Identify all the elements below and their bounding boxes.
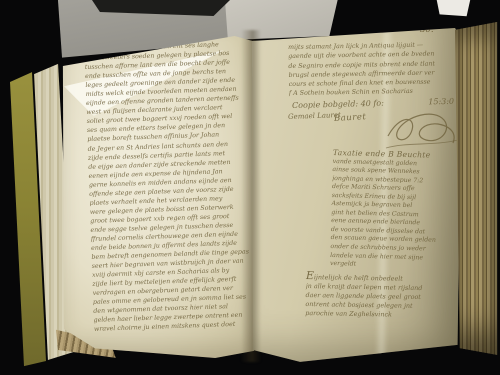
signature-flourish (382, 106, 462, 152)
taxatie-paragraph: Taxatie ende B Beuchtevande smaetgestalt… (330, 149, 463, 272)
left-page: ftaven declarante quos outrent ses langh… (60, 36, 254, 358)
book-gutter-shadow (241, 30, 261, 362)
right-page: 30. mijts stamant Jan lijck jn Antiqua l… (250, 26, 464, 366)
photo-open-manuscript: ftaven declarante quos outrent ses langh… (0, 0, 500, 375)
handwriting-line: parochie van Zeghelsvinck (305, 309, 465, 321)
page-number: 30. (420, 25, 434, 35)
fore-edge-pages (452, 20, 498, 360)
background-paper-corner (436, 0, 472, 18)
copy-fee-label: Coopie bobgeld: 40 fo: (292, 99, 384, 110)
left-page-text: ftaven declarante quos outrent ses langh… (84, 39, 254, 334)
signature-name: Bauret (334, 112, 367, 124)
right-page-paragraph-1: mijts stamant Jan lijck jn Antiqua lijgu… (288, 40, 461, 99)
copy-fee-amount: 15:3:0 (428, 97, 454, 107)
final-paragraph: Eijntelijck de helft onbedeeltjn alle kr… (305, 271, 466, 321)
